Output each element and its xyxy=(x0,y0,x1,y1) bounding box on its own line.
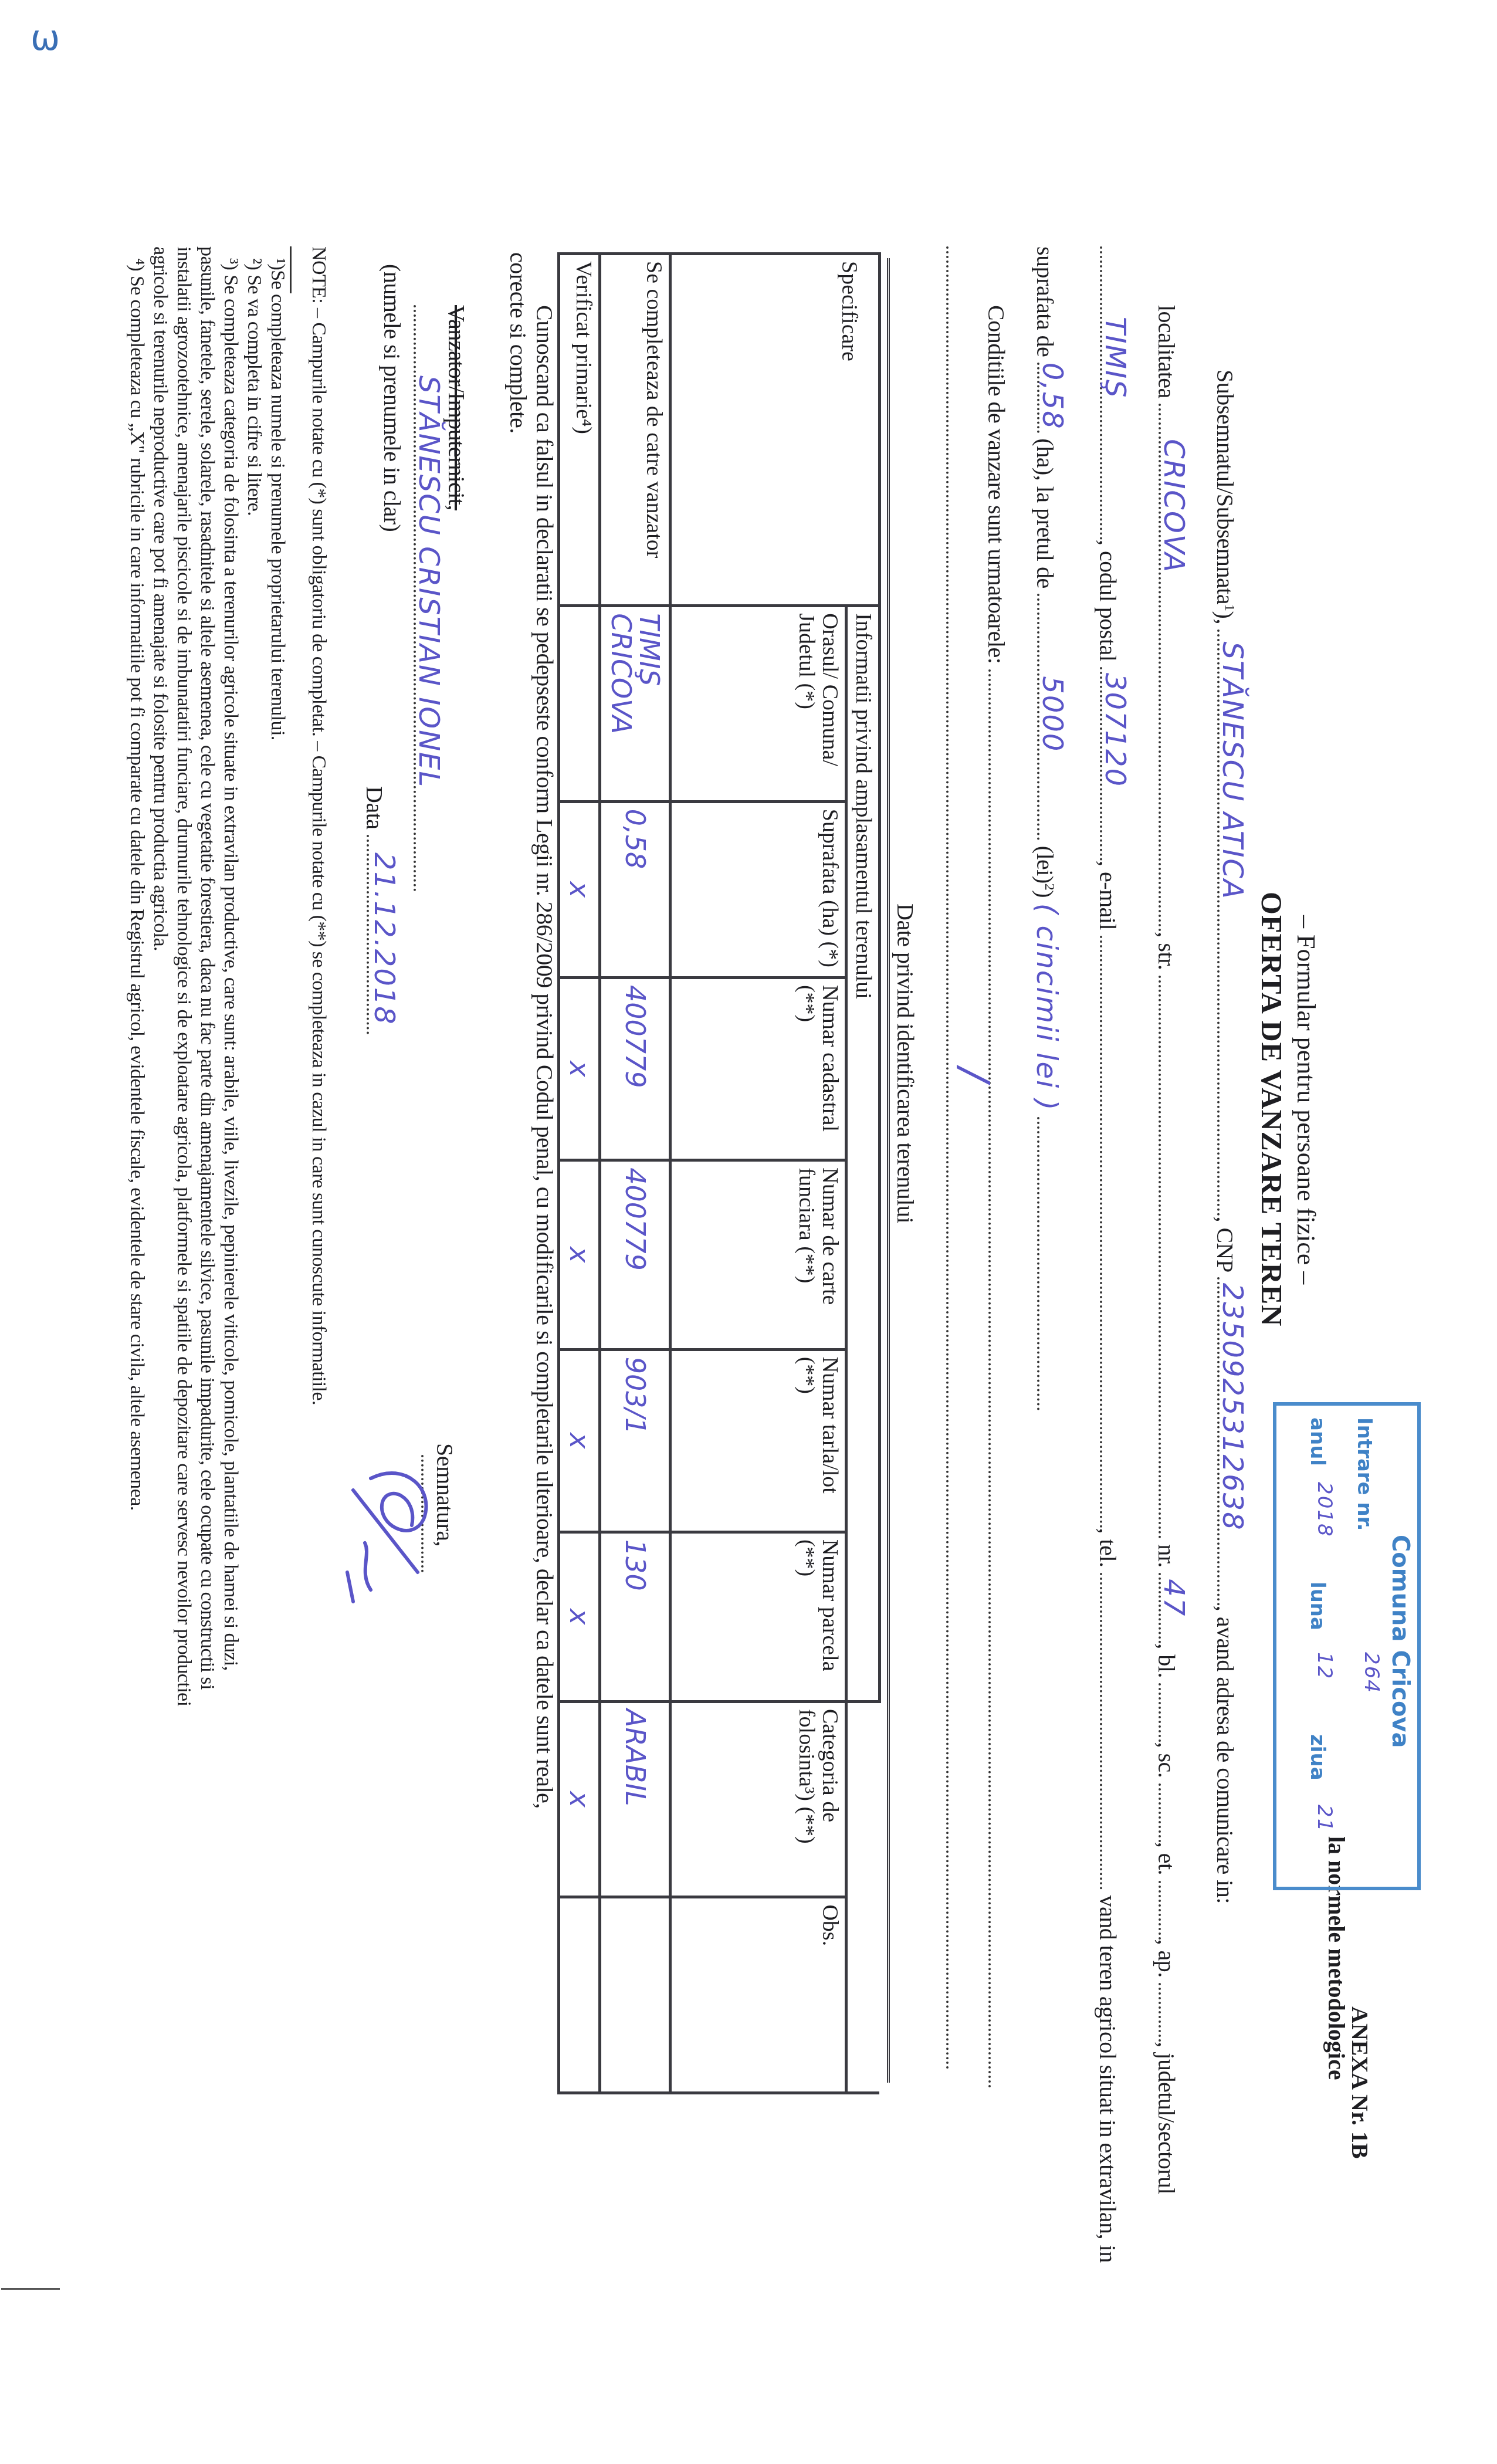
amplasament-header-blank xyxy=(846,1701,880,2093)
bl-label: , bl. xyxy=(1153,1643,1180,1678)
nr-value: 47 xyxy=(1157,1579,1190,1617)
localitatea-field[interactable]: CRICOVA xyxy=(1159,404,1161,932)
row-label-primarie: Verificat primarie⁴) xyxy=(559,254,600,606)
data-field[interactable]: 21.12.2018 xyxy=(367,835,369,1034)
vand-label: vand teren agricol situat in extravilan,… xyxy=(1095,1896,1121,2263)
footnote-1: ¹)Se completeaza numele si prenumele pro… xyxy=(266,258,289,740)
cell-obs-vanzator[interactable] xyxy=(600,1897,670,2093)
vanzator-name-field[interactable]: STĂNESCU CRISTIAN IONEL xyxy=(414,305,416,892)
ap-label: , ap. xyxy=(1153,1940,1180,1978)
stamp-anul-label: anul xyxy=(1306,1417,1329,1466)
stamp-commune: Comuna Cricova xyxy=(1387,1535,1414,1748)
conditii-label: Conditiile de vanzare sunt urmatoarele: xyxy=(983,305,1010,664)
footnote-ref-1: 1 xyxy=(1222,604,1237,611)
codul-postal-field[interactable]: 307120 xyxy=(1100,667,1102,861)
sc-field[interactable] xyxy=(1159,1783,1161,1842)
vanzator-name-value: STĂNESCU CRISTIAN IONEL xyxy=(412,375,445,788)
vanzator-name-line: STĂNESCU CRISTIAN IONEL xyxy=(408,305,435,892)
stamp-ziua-value: 21 xyxy=(1313,1805,1336,1832)
cell-categoria-primarie[interactable]: x xyxy=(559,1701,600,1897)
codul-postal-label: , codul postal xyxy=(1095,540,1121,661)
cell-categoria-vanzator[interactable]: ARABIL xyxy=(600,1701,670,1897)
data-label: Data xyxy=(361,786,388,830)
name-field[interactable]: STĂNESCU ATICA xyxy=(1217,629,1220,1216)
footnote-3-line-2: pasunile, fanetele, serele, solarele, ra… xyxy=(196,246,218,1690)
cnp-field[interactable]: 2350925312638 xyxy=(1217,1277,1220,1606)
cell-obs-primarie[interactable] xyxy=(559,1897,600,2093)
land-identification-table: Specificare Informatii privind amplasame… xyxy=(557,252,881,2094)
conditii-slash: / xyxy=(950,1068,998,1083)
col-header-numar-cadastral: Numar cadastral (**) xyxy=(670,977,846,1160)
data-value: 21.12.2018 xyxy=(368,852,401,1025)
nr-field[interactable]: 47 xyxy=(1159,1573,1161,1643)
cell-parcela-primarie[interactable]: x xyxy=(559,1532,600,1701)
ap-field[interactable] xyxy=(1159,1983,1161,2042)
localitatea-value: CRICOVA xyxy=(1157,439,1190,573)
table-row-primarie: Verificat primarie⁴) x x x x x x xyxy=(559,254,600,2093)
sc-label: , sc. xyxy=(1153,1742,1180,1778)
bl-field[interactable] xyxy=(1159,1683,1161,1742)
cell-carte-funciara-primarie[interactable]: x xyxy=(559,1160,600,1349)
note-line: NOTE: – Campurile notate cu (*) sunt obl… xyxy=(307,246,330,1405)
declaration-line-2: corecte si complete. xyxy=(504,252,532,434)
stamp-intrare-label: Intrare nr. xyxy=(1353,1417,1376,1531)
table-row-vanzator: Se completeaza de catre vanzator TIMIŞ C… xyxy=(600,254,670,2093)
footnote-3-line-3: instalatii agrozootehnice, amenajarile p… xyxy=(172,246,195,1706)
col-header-orasul: Orasul/ Comuna/ Judetul (*) xyxy=(670,606,846,802)
col-header-categoria: Categoria de folosinta³) (**) xyxy=(670,1701,846,1897)
tel-field[interactable] xyxy=(1100,1573,1102,1890)
vanzator-label: Vanzator/Imputernicit, xyxy=(443,305,470,510)
cell-cadastral-vanzator[interactable]: 400779 xyxy=(600,977,670,1160)
cell-cadastral-primarie[interactable]: x xyxy=(559,977,600,1160)
col-header-obs: Obs. xyxy=(670,1897,846,2093)
adresa-label: , avand adresa de comunicare in: xyxy=(1212,1606,1238,1904)
lei-label: (lei) xyxy=(1032,846,1058,884)
row-label-vanzator: Se completeaza de catre vanzator xyxy=(600,254,670,606)
cnp-label: , CNP xyxy=(1212,1216,1238,1271)
str-label: , str. xyxy=(1153,932,1180,970)
line-suprafata: suprafata de 0,58 (ha), la pretul de 500… xyxy=(1030,246,1063,1410)
col-header-parcela: Numar parcela (**) xyxy=(670,1532,846,1701)
line-subsemnatul: Subsemnatul/Subsemnata1), STĂNESCU ATICA… xyxy=(1211,370,1239,1904)
cell-suprafata-primarie[interactable]: x xyxy=(559,801,600,977)
cell-tarla-lot-primarie[interactable]: x xyxy=(559,1349,600,1532)
anexa-number: ANEXA Nr. 1B xyxy=(1346,2006,1374,2159)
conditii-field-line-2[interactable] xyxy=(946,246,949,2071)
form-title: OFERTA DE VANZARE TEREN xyxy=(1255,892,1289,1326)
line-codul-postal: TIMIŞ, codul postal 307120, e-mail , tel… xyxy=(1094,246,1122,2263)
judetul-label: , judetul/sectorul xyxy=(1153,2042,1180,2194)
et-label: , et. xyxy=(1153,1842,1180,1875)
pret-value: 5000 xyxy=(1036,676,1069,752)
judetul-value: TIMIŞ xyxy=(1099,317,1132,399)
table-section-title: Date privind identificarea terenului xyxy=(892,903,919,1223)
suprafata-label: suprafata de xyxy=(1032,246,1058,357)
col-header-suprafata: Suprafata (ha) (*) xyxy=(670,801,846,977)
registration-stamp: Comuna Cricova Intrare nr. 264 anul 2018… xyxy=(1273,1402,1421,1890)
data-line: Data 21.12.2018 xyxy=(361,786,388,1034)
corner-pen-mark: ω xyxy=(31,18,60,59)
footnote-ref-2: 2 xyxy=(1042,884,1057,891)
et-field[interactable] xyxy=(1159,1881,1161,1940)
cell-orasul-vanzator[interactable]: TIMIŞ CRICOVA xyxy=(600,606,670,802)
col-header-carte-funciara: Numar de carte funciara (**) xyxy=(670,1160,846,1349)
seller-name-value: STĂNESCU ATICA xyxy=(1216,641,1249,899)
declaration-line-1: Cunoscand ca falsul in declaratii se ped… xyxy=(531,305,558,1809)
suprafata-value: 0,58 xyxy=(1036,363,1069,430)
stamp-ziua-label: ziua xyxy=(1306,1734,1329,1781)
cell-suprafata-vanzator[interactable]: 0,58 xyxy=(600,801,670,977)
footnote-4: ⁴) Se completeaza cu „X" rubricile in ca… xyxy=(126,258,148,1511)
cell-parcela-vanzator[interactable]: 130 xyxy=(600,1532,670,1701)
name-hint: (numele si prenumele in clar) xyxy=(378,264,406,532)
stamp-intrare-value: 264 xyxy=(1360,1652,1383,1694)
footnote-3-line-4: agricole si terenurile neproductive care… xyxy=(149,246,171,951)
conditii-field[interactable] xyxy=(988,669,991,2089)
footnote-rule xyxy=(290,246,292,293)
stamp-anul-value: 2018 xyxy=(1313,1482,1336,1538)
pret-field[interactable]: 5000 xyxy=(1037,594,1039,840)
vanzator-imputernicit-label: Vanzator/Imputernicit, xyxy=(443,305,470,510)
table-top-double-rule xyxy=(887,258,890,2083)
line-conditii: Conditiile de vanzare sunt urmatoarele: xyxy=(983,305,1010,2089)
nr-label: nr. xyxy=(1153,1544,1180,1568)
cnp-value: 2350925312638 xyxy=(1216,1283,1249,1531)
stamp-luna-value: 12 xyxy=(1313,1652,1336,1680)
suprafata-field[interactable]: 0,58 xyxy=(1037,363,1039,433)
subsemnatul-label: Subsemnatul/Subsemnata xyxy=(1212,370,1238,604)
cell-tarla-lot-vanzator[interactable]: 903/1 xyxy=(600,1349,670,1532)
footnote-3-line-1: ³) Se completeaza categoria de folosinta… xyxy=(219,258,242,1671)
pret-litere-field[interactable] xyxy=(1037,1117,1039,1410)
stamp-luna-label: luna xyxy=(1306,1582,1329,1630)
pret-litere-value: ( cincimii lei ) xyxy=(1030,903,1063,1112)
cell-orasul-primarie[interactable] xyxy=(559,606,600,802)
line-localitatea: localitatea CRICOVA, str. nr. 47, bl. , … xyxy=(1153,305,1180,2194)
amplasament-header: Informatii privind amplasamentul terenul… xyxy=(846,606,880,1702)
scan-edge-line xyxy=(1,2288,60,2290)
specificare-header: Specificare xyxy=(670,254,880,606)
footnote-2: ²) Se va completa in cifre si litere. xyxy=(243,258,265,516)
cell-carte-funciara-vanzator[interactable]: 400779 xyxy=(600,1160,670,1349)
judetul-field[interactable]: TIMIŞ xyxy=(1100,246,1102,540)
tel-label: , tel. xyxy=(1095,1528,1121,1568)
email-label: , e-mail xyxy=(1095,861,1121,930)
email-field[interactable] xyxy=(1100,936,1102,1528)
handwritten-signature xyxy=(336,1455,441,1607)
col-header-tarla-lot: Numar tarla/lot (**) xyxy=(670,1349,846,1532)
codul-postal-value: 307120 xyxy=(1099,673,1132,787)
localitatea-label: localitatea xyxy=(1153,305,1180,398)
ha-label: (ha), la pretul de xyxy=(1032,438,1058,588)
form-subtitle: – Formular pentru persoane fizice – xyxy=(1291,915,1321,1284)
scanned-document-page: ω ANEXA Nr. 1B la normele metodologice C… xyxy=(0,0,1497,2464)
str-field[interactable] xyxy=(1159,976,1161,1539)
